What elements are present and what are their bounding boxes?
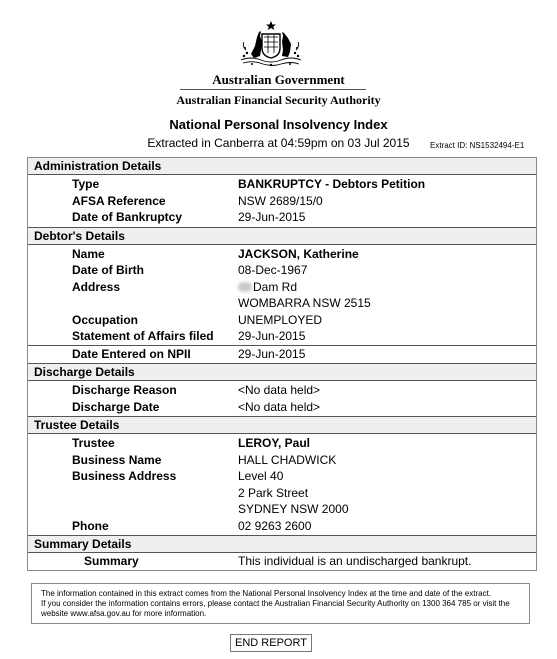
business-address-line-2: 2 Park Street [238, 485, 536, 502]
end-report-marker: END REPORT [230, 634, 312, 652]
disclaimer-line-2: If you consider the information contains… [41, 599, 529, 609]
section-trustee-details: Trustee Details [28, 416, 536, 434]
field-value: 29-Jun-2015 [238, 209, 536, 226]
redacted-street-number [238, 282, 252, 292]
field-value: BANKRUPTCY - Debtors Petition [238, 176, 536, 193]
table-row: Phone 02 9263 2600 [28, 518, 536, 536]
agency-title: Australian Financial Security Authority [0, 93, 557, 108]
table-row: Summary This individual is an undischarg… [28, 553, 536, 570]
field-value: JACKSON, Katherine [238, 246, 536, 263]
coat-of-arms-icon [238, 20, 304, 70]
section-summary-details: Summary Details [28, 535, 536, 553]
field-label: Phone [28, 518, 238, 535]
extract-id: Extract ID: NS1532494-E1 [430, 141, 524, 150]
field-label: Business Name [28, 452, 238, 469]
disclaimer-box: The information contained in this extrac… [31, 583, 530, 624]
field-label: Occupation [28, 312, 238, 329]
field-value: UNEMPLOYED [238, 312, 536, 329]
header-divider [180, 89, 366, 90]
field-label: Date of Birth [28, 262, 238, 279]
field-label: Discharge Date [28, 399, 238, 416]
field-label: Address [28, 279, 238, 312]
section-debtors-details: Debtor's Details [28, 227, 536, 245]
table-row: Occupation UNEMPLOYED [28, 312, 536, 329]
field-label: Name [28, 246, 238, 263]
field-value: This individual is an undischarged bankr… [238, 553, 536, 570]
disclaimer-line-3: website www.afsa.gov.au for more informa… [41, 609, 529, 619]
section-discharge-details: Discharge Details [28, 363, 536, 381]
table-row: Statement of Affairs filed 29-Jun-2015 [28, 328, 536, 345]
field-label: Discharge Reason [28, 382, 238, 399]
table-row: Discharge Date <No data held> [28, 399, 536, 417]
field-value: HALL CHADWICK [238, 452, 536, 469]
section-administration-details: Administration Details [28, 158, 536, 175]
field-label: Type [28, 176, 238, 193]
address-line-2: WOMBARRA NSW 2515 [238, 295, 536, 312]
field-value: <No data held> [238, 399, 536, 416]
field-value: LEROY, Paul [238, 435, 536, 452]
insolvency-record-table: Administration Details Type BANKRUPTCY -… [27, 157, 537, 571]
field-label: Statement of Affairs filed [28, 328, 238, 345]
field-value: NSW 2689/15/0 [238, 193, 536, 210]
table-row: Date of Birth 08-Dec-1967 [28, 262, 536, 279]
table-row: AFSA Reference NSW 2689/15/0 [28, 193, 536, 210]
government-title: Australian Government [0, 72, 557, 88]
table-row: Discharge Reason <No data held> [28, 381, 536, 399]
field-label: Summary [28, 553, 238, 570]
table-row: Name JACKSON, Katherine [28, 245, 536, 263]
field-value: 08-Dec-1967 [238, 262, 536, 279]
field-value: Dam Rd WOMBARRA NSW 2515 [238, 279, 536, 312]
table-row: Trustee LEROY, Paul [28, 434, 536, 452]
field-value: 29-Jun-2015 [238, 328, 536, 345]
field-label: Date of Bankruptcy [28, 209, 238, 226]
field-label: Date Entered on NPII [28, 346, 238, 363]
business-address-line-3: SYDNEY NSW 2000 [238, 501, 536, 518]
field-label: AFSA Reference [28, 193, 238, 210]
field-value: <No data held> [238, 382, 536, 399]
field-value: Level 40 2 Park Street SYDNEY NSW 2000 [238, 468, 536, 518]
field-label: Business Address [28, 468, 238, 518]
field-value: 02 9263 2600 [238, 518, 536, 535]
table-row: Address Dam Rd WOMBARRA NSW 2515 [28, 279, 536, 312]
business-address-line-1: Level 40 [238, 468, 536, 485]
field-label: Trustee [28, 435, 238, 452]
address-line-1: Dam Rd [253, 280, 297, 294]
disclaimer-line-1: The information contained in this extrac… [41, 589, 529, 599]
table-row: Business Address Level 40 2 Park Street … [28, 468, 536, 518]
table-row: Type BANKRUPTCY - Debtors Petition [28, 175, 536, 193]
table-row: Date Entered on NPII 29-Jun-2015 [28, 345, 536, 364]
field-value: 29-Jun-2015 [238, 346, 536, 363]
table-row: Business Name HALL CHADWICK [28, 452, 536, 469]
report-title: National Personal Insolvency Index [0, 117, 557, 132]
table-row: Date of Bankruptcy 29-Jun-2015 [28, 209, 536, 227]
